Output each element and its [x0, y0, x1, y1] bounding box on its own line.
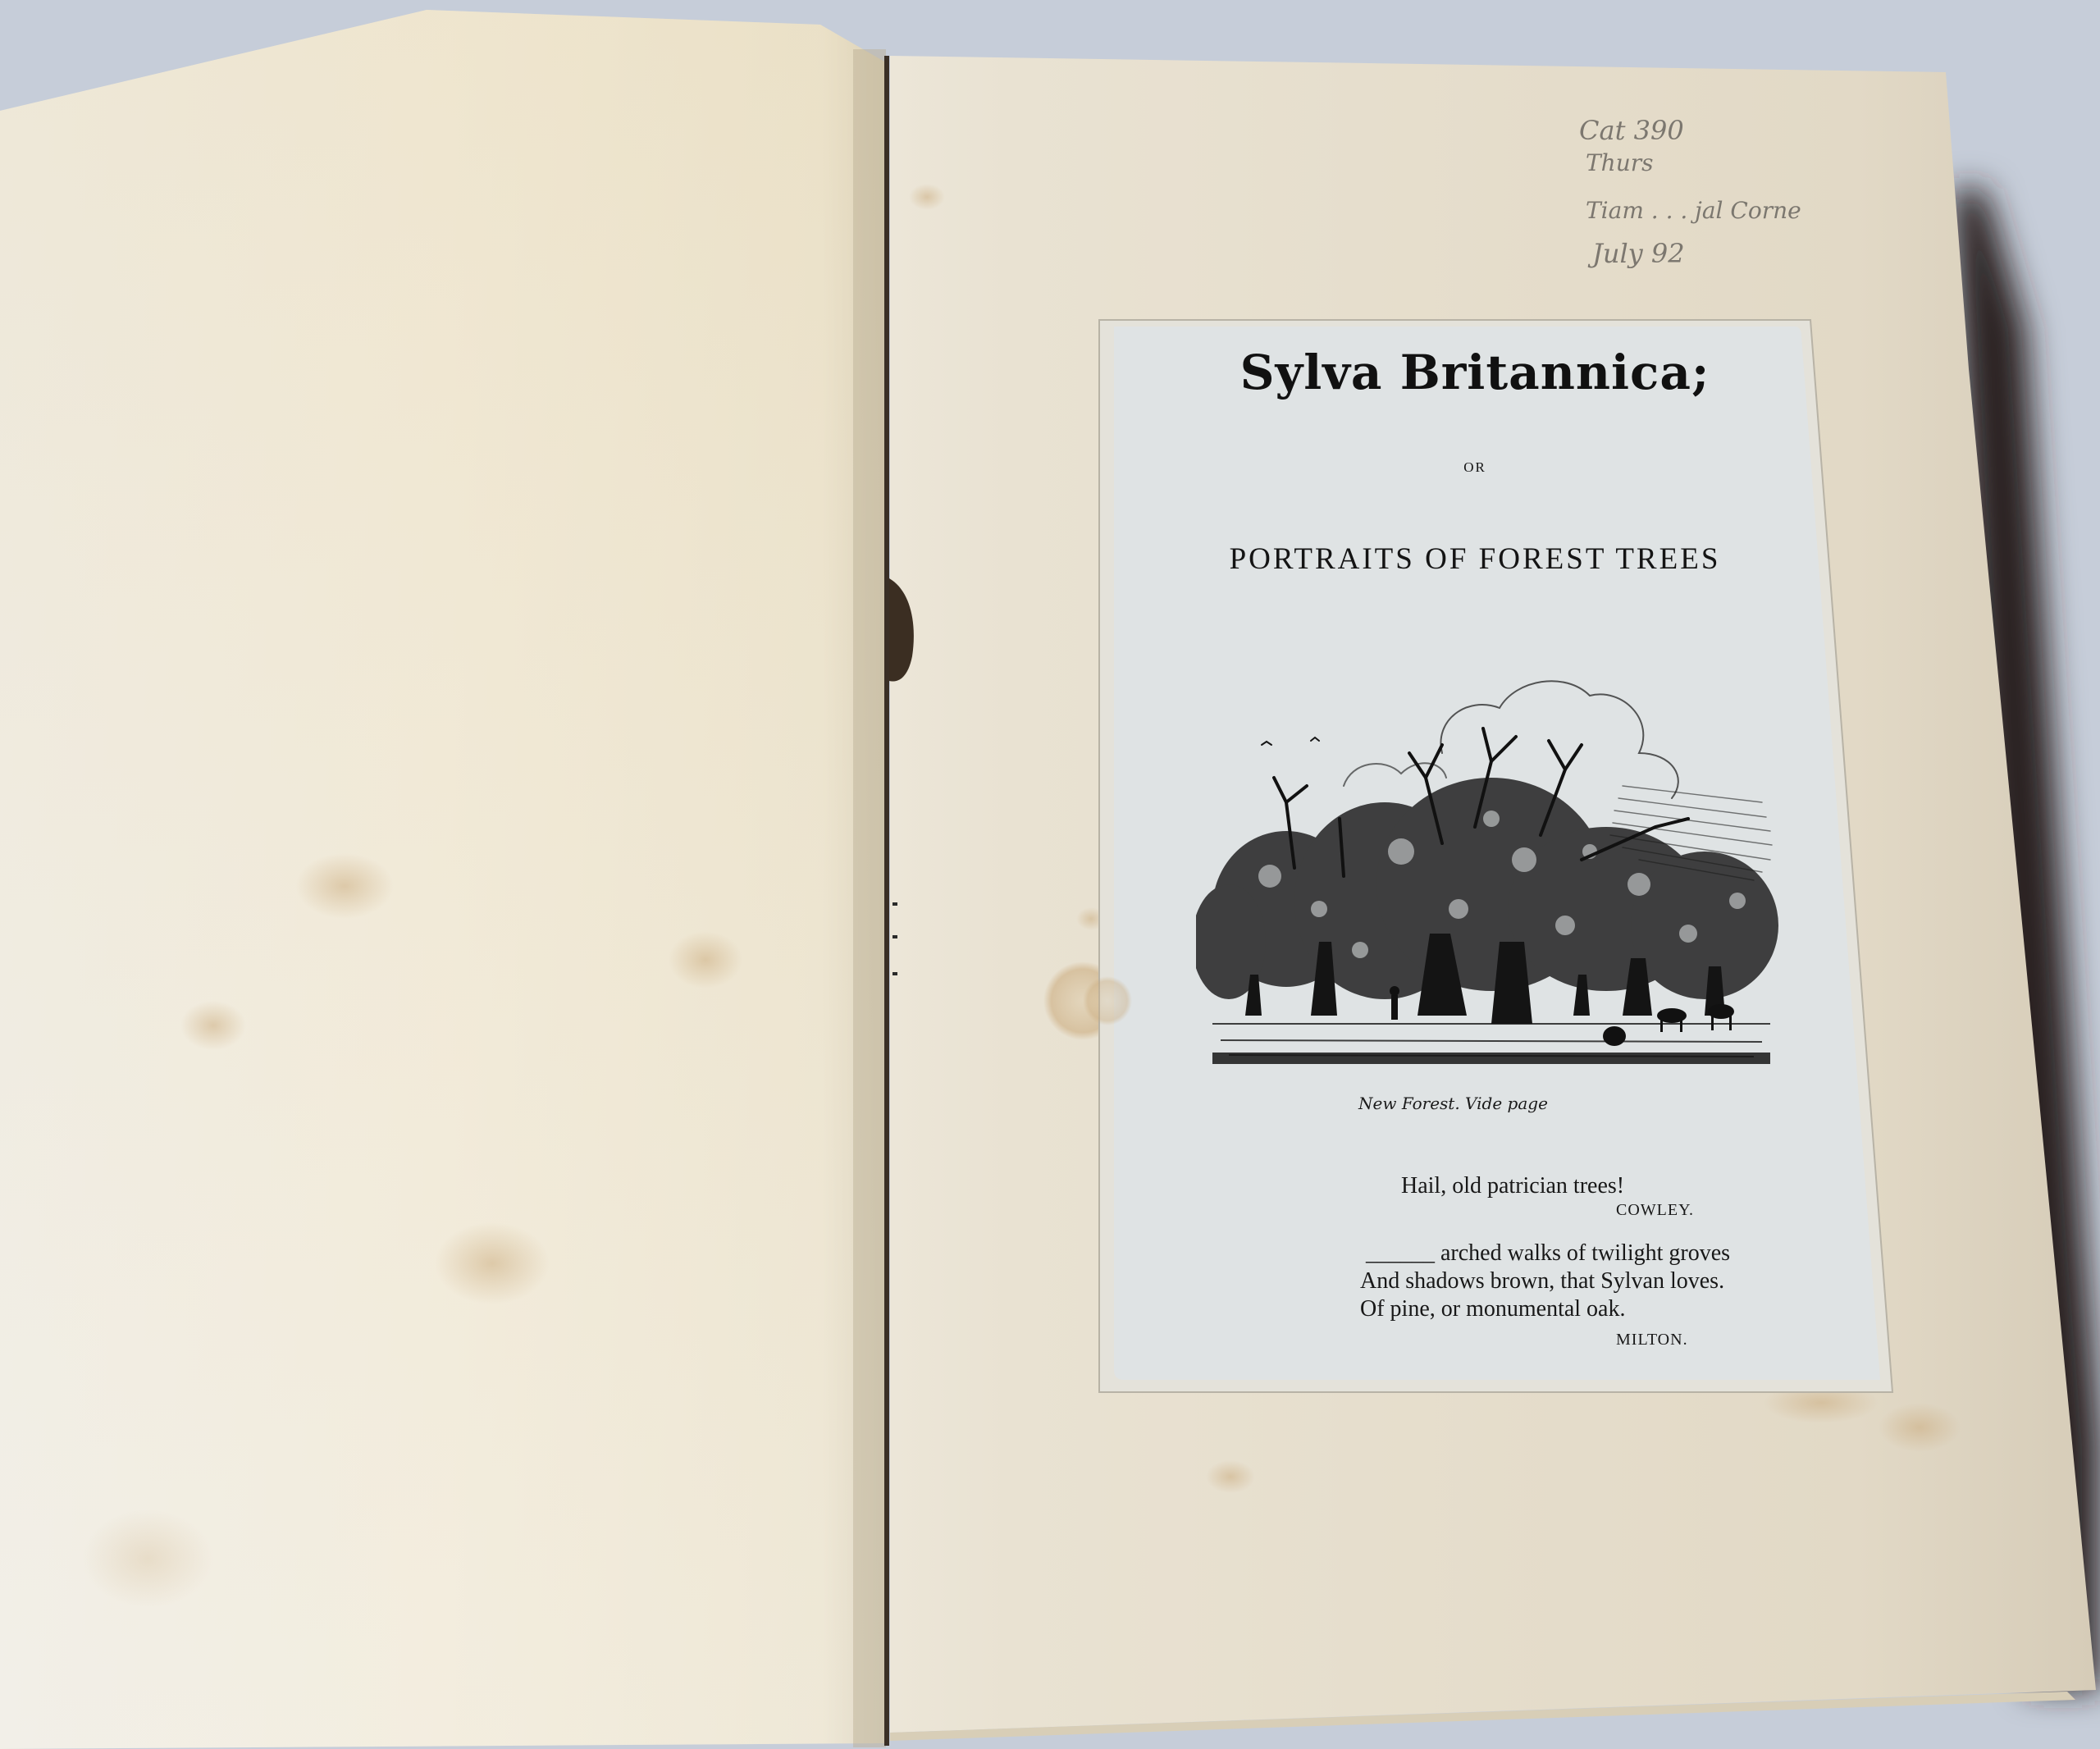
pencil-note-line3: Tiam . . . jal Corne: [1586, 197, 1801, 224]
book-title: Sylva Britannica;: [1114, 345, 1836, 400]
book-subtitle: PORTRAITS OF FOREST TREES: [1114, 541, 1836, 577]
quote-cowley-line: Hail, old patrician trees!: [1401, 1173, 1624, 1199]
pencil-note-line2: Thurs: [1586, 149, 1654, 176]
quote-milton-line3: Of pine, or monumental oak.: [1360, 1296, 1625, 1322]
title-plate: Sylva Britannica; OR PORTRAITS OF FOREST…: [1114, 327, 1836, 1380]
pencil-note-catalogue: Cat 390: [1579, 115, 1684, 146]
quote-milton-author: MILTON.: [1616, 1331, 1688, 1349]
forest-engraving: [1196, 663, 1787, 1073]
title-connector: OR: [1114, 459, 1836, 476]
quote-milton-line2: And shadows brown, that Sylvan loves.: [1360, 1268, 1724, 1295]
pencil-note-date: July 92: [1592, 238, 1685, 269]
quote-milton-line1: ______ arched walks of twilight groves: [1366, 1240, 1730, 1267]
engraving-caption: New Forest. Vide page: [1358, 1094, 1548, 1113]
quote-cowley-author: COWLEY.: [1616, 1201, 1694, 1220]
